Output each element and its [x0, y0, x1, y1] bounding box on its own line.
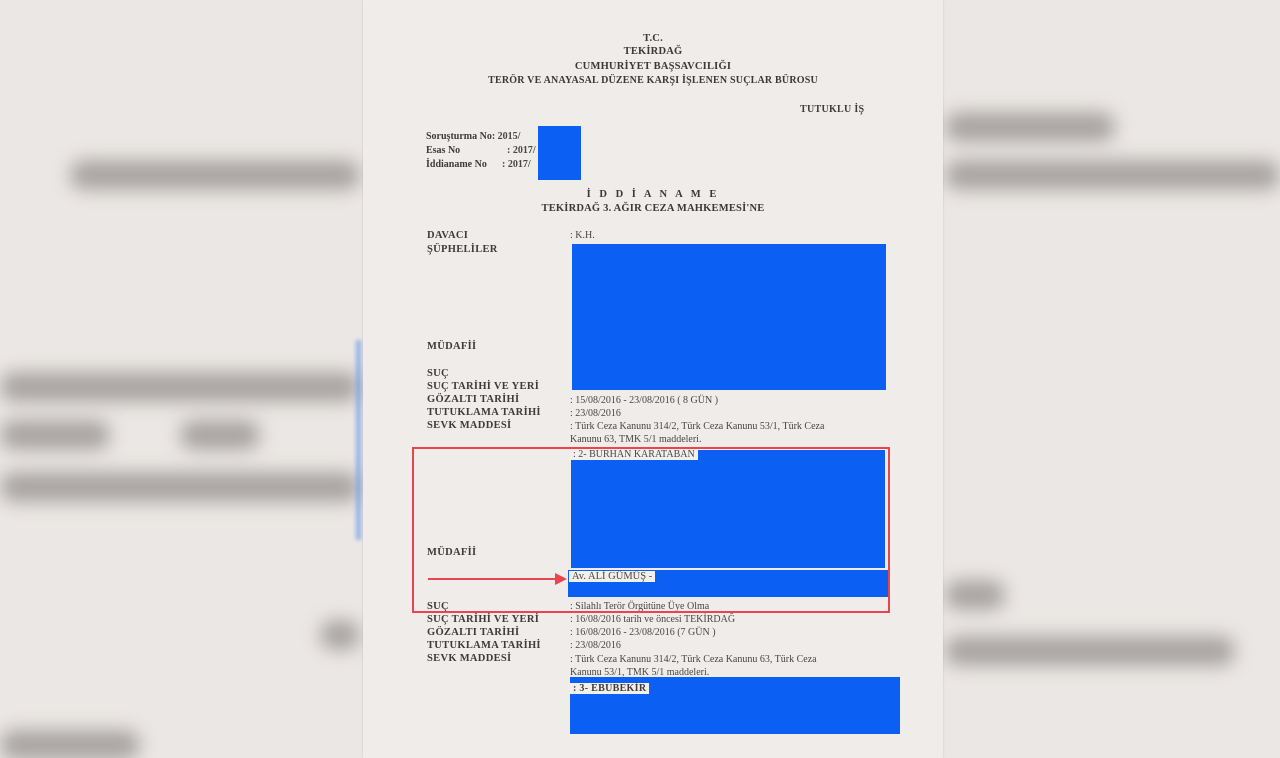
indictment-document: T.C. TEKİRDAĞ CUMHURİYET BAŞSAVCILIĞI TE…: [363, 0, 943, 758]
meta-row: Soruşturma No: 2015/: [426, 131, 520, 142]
blurred-text: [945, 160, 1280, 190]
label-gozalti: GÖZALTI TARİHİ: [427, 627, 519, 638]
blurred-text: [945, 580, 1005, 610]
blurred-text: [0, 472, 360, 502]
blurred-text: [180, 420, 260, 450]
value-sevk: : Türk Ceza Kanunu 314/2, Türk Ceza Kanu…: [570, 421, 824, 432]
blurred-text: [0, 372, 360, 402]
meta-value: : 2017/: [507, 145, 536, 156]
blurred-text: [320, 620, 360, 650]
label-supheliler: ŞÜPHELİLER: [427, 244, 498, 255]
arrow-line: [428, 578, 558, 580]
label-mudafi: MÜDAFİİ: [427, 341, 476, 352]
blurred-text: [945, 112, 1115, 142]
arrow-right-icon: [555, 573, 567, 585]
meta-row: Esas No: 2017/: [426, 145, 536, 156]
label-tutuklama: TUTUKLAMA TARİHİ: [427, 407, 541, 418]
value-tutuklama: : 23/08/2016: [570, 408, 621, 419]
suspect-3-name: : 3- EBUBEKİR: [570, 683, 649, 694]
label-suc: SUÇ: [427, 368, 449, 379]
redaction-block: [538, 126, 581, 180]
value-suc-tarihi: : 16/08/2016 tarih ve öncesi TEKİRDAĞ: [570, 614, 735, 625]
court-name: TEKİRDAĞ 3. AĞIR CEZA MAHKEMESİ'NE: [363, 203, 943, 214]
label-sevk: SEVK MADDESİ: [427, 420, 511, 431]
blurred-redaction-edge: [356, 340, 361, 540]
meta-label: İddianame No: [426, 159, 502, 170]
header-city: TEKİRDAĞ: [363, 46, 943, 57]
value-gozalti: : 16/08/2016 - 23/08/2016 (7 GÜN ): [570, 627, 716, 638]
document-title: İ D D İ A N A M E: [363, 189, 943, 200]
meta-row: İddianame No: 2017/: [426, 159, 531, 170]
value-sevk: : Türk Ceza Kanunu 314/2, Türk Ceza Kanu…: [570, 654, 817, 665]
label-suc-tarihi: SUÇ TARİHİ VE YERİ: [427, 614, 539, 625]
header-bureau: TERÖR VE ANAYASAL DÜZENE KARŞI İŞLENEN S…: [363, 75, 943, 86]
meta-label: Soruşturma No: [426, 131, 492, 142]
case-status: TUTUKLU İŞ: [800, 104, 864, 115]
value-tutuklama: : 23/08/2016: [570, 640, 621, 651]
meta-label: Esas No: [426, 145, 507, 156]
redaction-block: [572, 244, 886, 390]
meta-value: : 2015/: [492, 131, 521, 142]
value-sevk-cont: Kanunu 63, TMK 5/1 maddeleri.: [570, 434, 701, 445]
label-sevk: SEVK MADDESİ: [427, 653, 511, 664]
blurred-text: [70, 160, 360, 190]
label-suc-tarihi: SUÇ TARİHİ VE YERİ: [427, 381, 539, 392]
blurred-text: [0, 730, 140, 758]
value-davaci: : K.H.: [570, 230, 595, 241]
blurred-text: [945, 636, 1235, 666]
label-gozalti: GÖZALTI TARİHİ: [427, 394, 519, 405]
highlight-box: [412, 447, 890, 613]
header-tc: T.C.: [363, 33, 943, 44]
blurred-text: [0, 420, 110, 450]
header-office: CUMHURİYET BAŞSAVCILIĞI: [363, 61, 943, 72]
value-gozalti: : 15/08/2016 - 23/08/2016 ( 8 GÜN ): [570, 395, 718, 406]
label-davaci: DAVACI: [427, 230, 468, 241]
meta-value: : 2017/: [502, 159, 531, 170]
label-tutuklama: TUTUKLAMA TARİHİ: [427, 640, 541, 651]
